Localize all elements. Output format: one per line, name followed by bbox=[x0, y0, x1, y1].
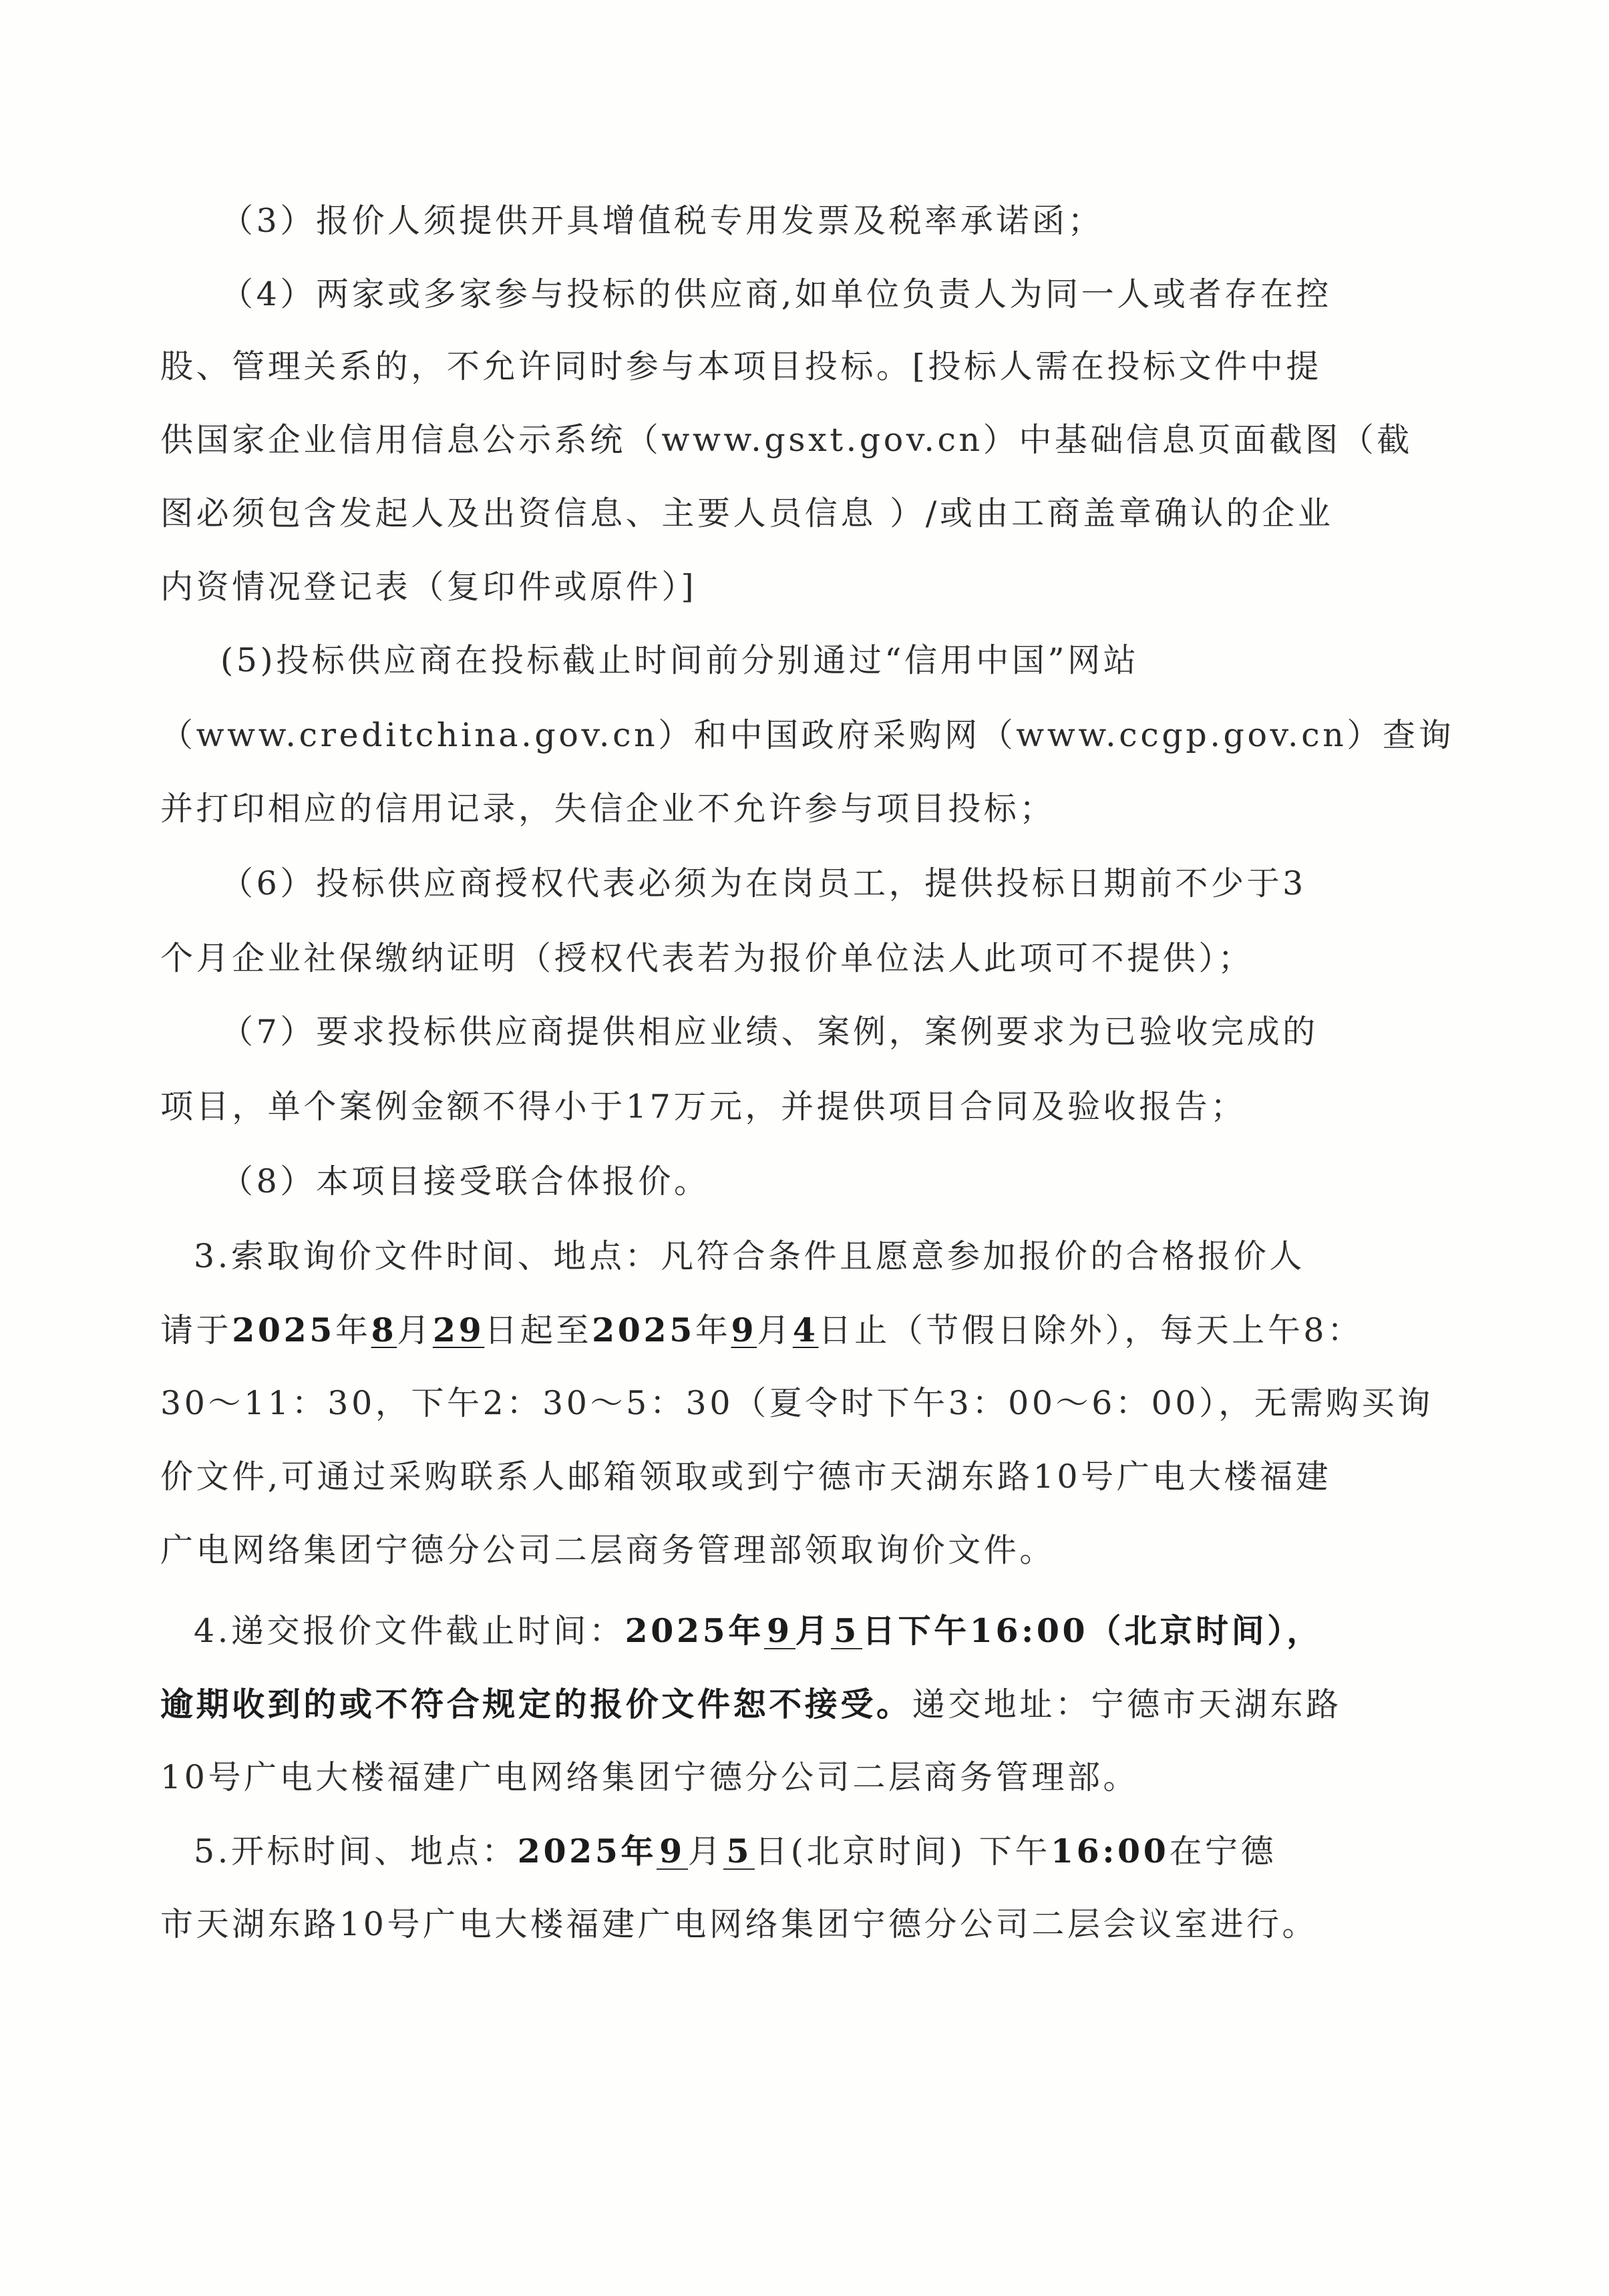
text-segment: 递交地址：宁德市天湖东路 bbox=[912, 1685, 1342, 1724]
text-line: （www.creditchina.gov.cn）和中国政府采购网（www.ccg… bbox=[160, 712, 1443, 759]
text-segment: （8）本项目接受联合体报价。 bbox=[220, 1162, 710, 1200]
underlined-value: 8 bbox=[371, 1311, 397, 1349]
text-line: 30～11：30，下午2：30～5：30（夏令时下午3：00～6：00），无需购… bbox=[160, 1380, 1443, 1427]
underlined-value: 29 bbox=[433, 1311, 484, 1349]
text-line: 图必须包含发起人及出资信息、主要人员信息 ）/或由工商盖章确认的企业 bbox=[160, 490, 1443, 537]
text-segment: 广电网络集团宁德分公司二层商务管理部领取询价文件。 bbox=[160, 1531, 1055, 1569]
text-segment: (5)投标供应商在投标截止时间前分别通过“信用中国”网站 bbox=[220, 641, 1139, 679]
text-segment: 项目，单个案例金额不得小于17万元，并提供项目合同及验收报告； bbox=[160, 1088, 1246, 1126]
text-segment: 在宁德 bbox=[1169, 1832, 1276, 1870]
text-segment: 4.递交报价文件截止时间： bbox=[194, 1612, 625, 1650]
text-segment: 内资情况登记表（复印件或原件）] bbox=[160, 568, 697, 606]
text-segment: 日下午16:00（北京时间）， bbox=[862, 1611, 1322, 1650]
text-line: 10号广电大楼福建广电网络集团宁德分公司二层商务管理部。 bbox=[160, 1754, 1443, 1801]
text-segment: （3）报价人须提供开具增值税专用发票及税率承诺函； bbox=[220, 202, 1103, 240]
text-line: （6）投标供应商授权代表必须为在岗员工，提供投标日期前不少于3 bbox=[220, 860, 1503, 907]
text-segment: （6）投标供应商授权代表必须为在岗员工，提供投标日期前不少于3 bbox=[220, 864, 1306, 903]
text-segment: （7）要求投标供应商提供相应业绩、案例，案例要求为已验收完成的 bbox=[220, 1013, 1318, 1051]
text-line: 3.索取询价文件时间、地点：凡符合条件且愿意参加报价的合格报价人 bbox=[194, 1233, 1476, 1280]
text-line: （3）报价人须提供开具增值税专用发票及税率承诺函； bbox=[220, 198, 1503, 244]
text-segment: 个月企业社保缴纳证明（授权代表若为报价单位法人此项可不提供）； bbox=[160, 939, 1254, 977]
text-line: 价文件,可通过采购联系人邮箱领取或到宁德市天湖东路10号广电大楼福建 bbox=[160, 1454, 1443, 1500]
text-segment: 图必须包含发起人及出资信息、主要人员信息 ）/或由工商盖章确认的企业 bbox=[160, 494, 1334, 532]
text-line: 逾期收到的或不符合规定的报价文件恕不接受。递交地址：宁德市天湖东路 bbox=[160, 1681, 1443, 1728]
text-segment: 3.索取询价文件时间、地点：凡符合条件且愿意参加报价的合格报价人 bbox=[194, 1237, 1305, 1275]
text-segment: 2025年 bbox=[518, 1832, 657, 1870]
text-segment: 逾期收到的或不符合规定的报价文件恕不接受。 bbox=[160, 1685, 912, 1724]
text-line: 5.开标时间、地点：2025年9月5日(北京时间) 下午16:00在宁德 bbox=[194, 1828, 1476, 1874]
text-segment: 请于 bbox=[160, 1311, 232, 1349]
text-line: 项目，单个案例金额不得小于17万元，并提供项目合同及验收报告； bbox=[160, 1084, 1443, 1130]
text-segment: 并打印相应的信用记录，失信企业不允许参与项目投标； bbox=[160, 790, 1055, 828]
text-segment: 日起至 bbox=[484, 1311, 592, 1349]
text-line: （4）两家或多家参与投标的供应商,如单位负责人为同一人或者存在控 bbox=[220, 271, 1503, 318]
text-line: 广电网络集团宁德分公司二层商务管理部领取询价文件。 bbox=[160, 1527, 1443, 1574]
text-segment: 16:00 bbox=[1051, 1832, 1169, 1870]
text-line: 内资情况登记表（复印件或原件）] bbox=[160, 564, 1443, 611]
text-line: 个月企业社保缴纳证明（授权代表若为报价单位法人此项可不提供）； bbox=[160, 935, 1443, 982]
text-segment: （4）两家或多家参与投标的供应商,如单位负责人为同一人或者存在控 bbox=[220, 275, 1332, 313]
text-segment: 股、管理关系的，不允许同时参与本项目投标。[投标人需在投标文件中提 bbox=[160, 347, 1322, 385]
text-segment: 2025 bbox=[232, 1311, 335, 1349]
text-segment: （www.creditchina.gov.cn）和中国政府采购网（www.ccg… bbox=[160, 716, 1454, 754]
underlined-value: 5 bbox=[831, 1613, 862, 1649]
text-line: 市天湖东路10号广电大楼福建广电网络集团宁德分公司二层会议室进行。 bbox=[160, 1901, 1443, 1948]
text-segment: 市天湖东路10号广电大楼福建广电网络集团宁德分公司二层会议室进行。 bbox=[160, 1905, 1318, 1943]
text-segment: 年 bbox=[335, 1311, 371, 1349]
text-segment: 价文件,可通过采购联系人邮箱领取或到宁德市天湖东路10号广电大楼福建 bbox=[160, 1458, 1331, 1496]
underlined-value: 9 bbox=[764, 1613, 795, 1649]
text-segment: 2025 bbox=[592, 1311, 695, 1349]
underlined-value: 5 bbox=[723, 1834, 755, 1870]
text-segment: 月 bbox=[397, 1311, 433, 1349]
text-segment: 日止（节假日除外），每天上午8： bbox=[819, 1311, 1363, 1349]
text-line: 股、管理关系的，不允许同时参与本项目投标。[投标人需在投标文件中提 bbox=[160, 343, 1443, 390]
scanned-document-page: （3）报价人须提供开具增值税专用发票及税率承诺函；（4）两家或多家参与投标的供应… bbox=[0, 0, 1609, 2296]
text-segment: 月 bbox=[688, 1832, 724, 1870]
text-segment: 日(北京时间) 下午 bbox=[755, 1832, 1051, 1870]
text-line: 4.递交报价文件截止时间：2025年9月5日下午16:00（北京时间）， bbox=[194, 1607, 1476, 1654]
text-segment: 10号广电大楼福建广电网络集团宁德分公司二层商务管理部。 bbox=[160, 1758, 1139, 1796]
underlined-value: 9 bbox=[731, 1311, 757, 1349]
text-segment: 月 bbox=[757, 1311, 793, 1349]
text-segment: 年 bbox=[695, 1311, 731, 1349]
text-segment: 30～11：30，下午2：30～5：30（夏令时下午3：00～6：00），无需购… bbox=[160, 1384, 1433, 1422]
text-line: 供国家企业信用信息公示系统（www.gsxt.gov.cn）中基础信息页面截图（… bbox=[160, 417, 1443, 464]
text-line: （8）本项目接受联合体报价。 bbox=[220, 1158, 1503, 1205]
text-line: （7）要求投标供应商提供相应业绩、案例，案例要求为已验收完成的 bbox=[220, 1009, 1503, 1055]
text-segment: 2025年 bbox=[625, 1611, 764, 1650]
text-segment: 供国家企业信用信息公示系统（www.gsxt.gov.cn）中基础信息页面截图（… bbox=[160, 421, 1413, 459]
text-segment: 月 bbox=[795, 1611, 832, 1650]
text-line: 请于2025年8月29日起至2025年9月4日止（节假日除外），每天上午8： bbox=[160, 1307, 1443, 1353]
underlined-value: 9 bbox=[657, 1834, 688, 1870]
underlined-value: 4 bbox=[793, 1311, 819, 1349]
text-line: 并打印相应的信用记录，失信企业不允许参与项目投标； bbox=[160, 786, 1443, 832]
text-segment: 5.开标时间、地点： bbox=[194, 1832, 518, 1870]
text-line: (5)投标供应商在投标截止时间前分别通过“信用中国”网站 bbox=[220, 637, 1503, 684]
